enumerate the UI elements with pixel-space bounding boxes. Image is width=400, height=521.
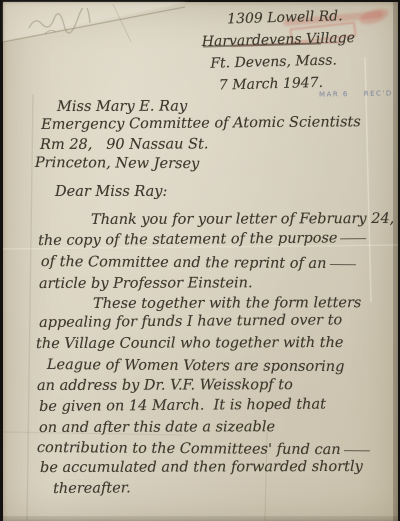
recipient-org-line: Emergency Committee of Atomic Scientists [41,114,361,133]
body-line: These together with the form letters [93,295,361,312]
recipient-city-line: Princeton, New Jersey [35,155,199,172]
body-line: contribution to the Committees' fund can [37,440,370,458]
body-line: appealing for funds I have turned over t… [39,312,342,331]
body-line: the Village Council who together with th… [36,335,344,352]
sender-address-line: Ft. Devens, Mass. [210,52,337,71]
date-line: 7 March 1947. [219,75,324,94]
paper: 1309 Lowell Rd. Harvardevens Village Ft.… [3,2,398,521]
body-line: Thank you for your letter of February 24… [91,211,394,228]
sender-address-line: Harvardevens Village [202,30,356,50]
recipient-name-line: Miss Mary E. Ray [57,99,187,115]
letter-scan: 1309 Lowell Rd. Harvardevens Village Ft.… [0,0,400,521]
body-line: on and after this date a sizeable [39,419,275,436]
body-line: League of Women Voters are sponsoring [47,357,345,375]
sender-address-block: 1309 Lowell Rd. Harvardevens Village Ft.… [201,7,400,102]
salutation: Dear Miss Ray: [55,184,167,200]
recipient-street-line: Rm 28, 90 Nassau St. [40,136,208,153]
received-stamp: MAR 6 REC'D [319,89,393,98]
body-line: the copy of the statement of the purpose [38,230,367,249]
body-line: be given on 14 March. It is hoped that [39,396,326,415]
pencil-scribble [25,8,105,40]
body-line: article by Professor Einstein. [39,275,253,292]
body-line: thereafter. [53,480,131,497]
body-line: an address by Dr. V.F. Weisskopf to [37,377,293,394]
sender-address-line: 1309 Lowell Rd. [227,8,343,27]
body-line: be accumulated and then forwarded shortl… [40,459,363,476]
body-line: of the Committee and the reprint of an [41,254,356,272]
